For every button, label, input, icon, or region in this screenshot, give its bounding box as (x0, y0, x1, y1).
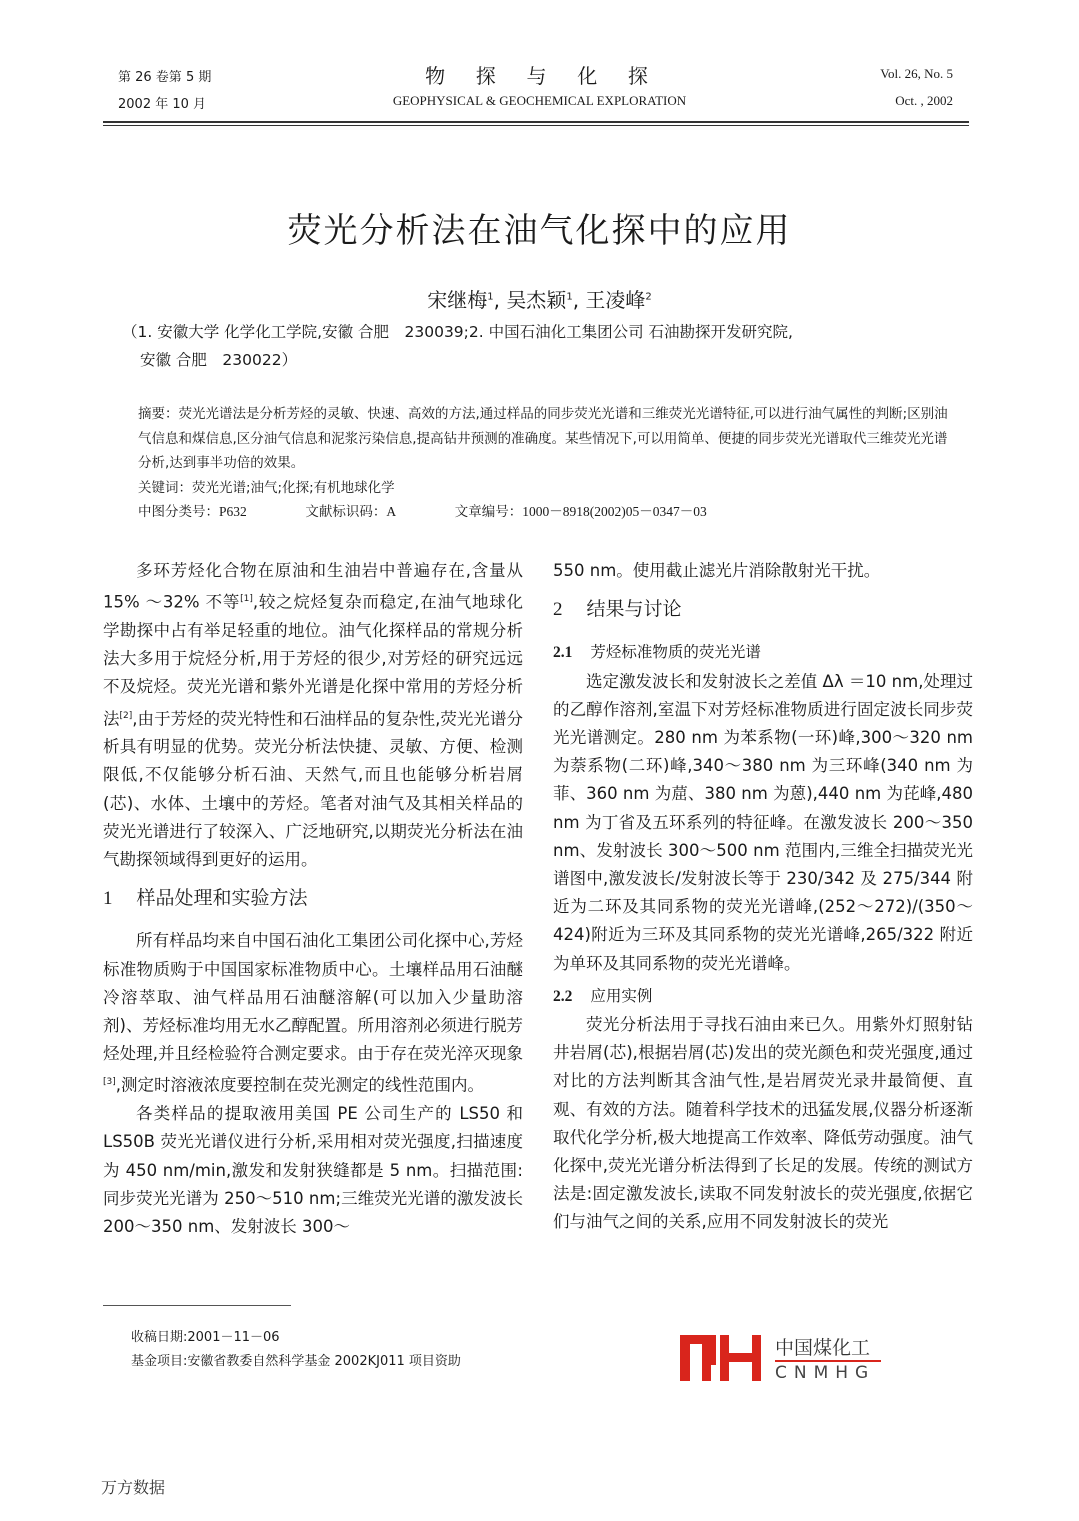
received-date: 收稿日期:2001－11－06 (131, 1326, 280, 1345)
section-2-heading: 2结果与讨论 (553, 595, 973, 624)
keywords: 关键词：荧光光谱;油气;化探;有机地球化学 (138, 476, 958, 501)
abstract-label: 摘要： (138, 406, 179, 422)
subsection-2-1-heading: 2.1芳烃标准物质的荧光光谱 (553, 638, 973, 667)
abstract-block: 摘要：荧光光谱法是分析芳烃的灵敏、快速、高效的方法,通过样品的同步荧光光谱和三维… (138, 402, 958, 525)
doc-code-label: 文献标识码： (305, 504, 386, 520)
clc-value: P632 (219, 504, 247, 519)
logo-divider (775, 1360, 881, 1362)
doc-code-value: A (386, 504, 396, 519)
article-no-value: 1000－8918(2002)05－0347－03 (522, 504, 707, 519)
author-name: 吴杰颖 (506, 288, 566, 312)
date-en: Oct. , 2002 (895, 93, 953, 109)
logo-en-text: CNMHG (775, 1363, 875, 1383)
clc-label: 中图分类号： (138, 504, 219, 520)
article-title: 荧光分析法在油气化探中的应用 (0, 203, 1079, 252)
affiliation-line: （1. 安徽大学 化学化工学院,安徽 合肥 230039;2. 中国石油化工集团… (122, 318, 982, 346)
affiliations: （1. 安徽大学 化学化工学院,安徽 合肥 230039;2. 中国石油化工集团… (122, 318, 982, 374)
citation-3[interactable]: [3] (103, 1077, 116, 1087)
fund-note: 基金项目:安徽省教委自然科学基金 2002KJ011 项目资助 (131, 1350, 461, 1369)
keywords-label: 关键词： (138, 480, 192, 496)
article-no-label: 文章编号： (455, 504, 523, 520)
header-rule-thin (103, 125, 969, 126)
standards-paragraph: 选定激发波长和发射波长之差值 Δλ ＝10 nm,处理过的乙醇作溶剂,室温下对芳… (553, 668, 973, 978)
instrument-paragraph: 各类样品的提取液用美国 PE 公司生产的 LS50 和 LS50B 荧光光谱仪进… (103, 1100, 523, 1241)
header-rule (103, 121, 969, 123)
left-column: 多环芳烃化合物在原油和生油岩中普遍存在,含量从 15% ～32% 不等[1],较… (103, 557, 523, 1241)
wanfang-watermark: 万方数据 (101, 1475, 165, 1498)
abstract-text: 荧光光谱法是分析芳烃的灵敏、快速、高效的方法,通过样品的同步荧光光谱和三维荧光光… (138, 406, 948, 471)
classification: 中图分类号：P632 文献标识码：A 文章编号：1000－8918(2002)0… (138, 500, 958, 525)
continued-paragraph: 550 nm。使用截止滤光片消除散射光干扰。 (553, 557, 973, 585)
authors: 宋继梅1, 吴杰颖1, 王凌峰2 (0, 284, 1079, 313)
logo-cn-text: 中国煤化工 (775, 1333, 870, 1360)
footnote-rule (103, 1305, 291, 1306)
affiliation-mark: 2 (645, 291, 651, 302)
mh-logo-icon (680, 1333, 770, 1383)
affiliation-mark: 1 (566, 291, 572, 302)
methods-paragraph: 所有样品均来自中国石油化工集团公司化探中心,芳烃标准物质购于中国国家标准物质中心… (103, 927, 523, 1100)
abstract: 摘要：荧光光谱法是分析芳烃的灵敏、快速、高效的方法,通过样品的同步荧光光谱和三维… (138, 402, 958, 476)
affiliation-mark: 1 (487, 291, 493, 302)
subsection-2-2-heading: 2.2应用实例 (553, 982, 973, 1011)
citation-1[interactable]: [1] (240, 594, 253, 604)
application-paragraph: 荧光分析法用于寻找石油由来已久。用紫外灯照射钻井岩屑(芯),根据岩屑(芯)发出的… (553, 1011, 973, 1237)
author-name: 宋继梅 (427, 288, 487, 312)
issue-en: Vol. 26, No. 5 (880, 66, 953, 82)
keywords-text: 荧光光谱;油气;化探;有机地球化学 (192, 480, 395, 496)
section-1-heading: 1样品处理和实验方法 (103, 884, 523, 913)
intro-paragraph: 多环芳烃化合物在原油和生油岩中普遍存在,含量从 15% ～32% 不等[1],较… (103, 557, 523, 874)
citation-2[interactable]: [2] (120, 711, 133, 721)
author-name: 王凌峰 (585, 288, 645, 312)
right-column: 550 nm。使用截止滤光片消除散射光干扰。 2结果与讨论 2.1芳烃标准物质的… (553, 557, 973, 1237)
affiliation-line: 安徽 合肥 230022） (122, 346, 982, 374)
cnmhg-logo: 中国煤化工 CNMHG (680, 1333, 770, 1387)
